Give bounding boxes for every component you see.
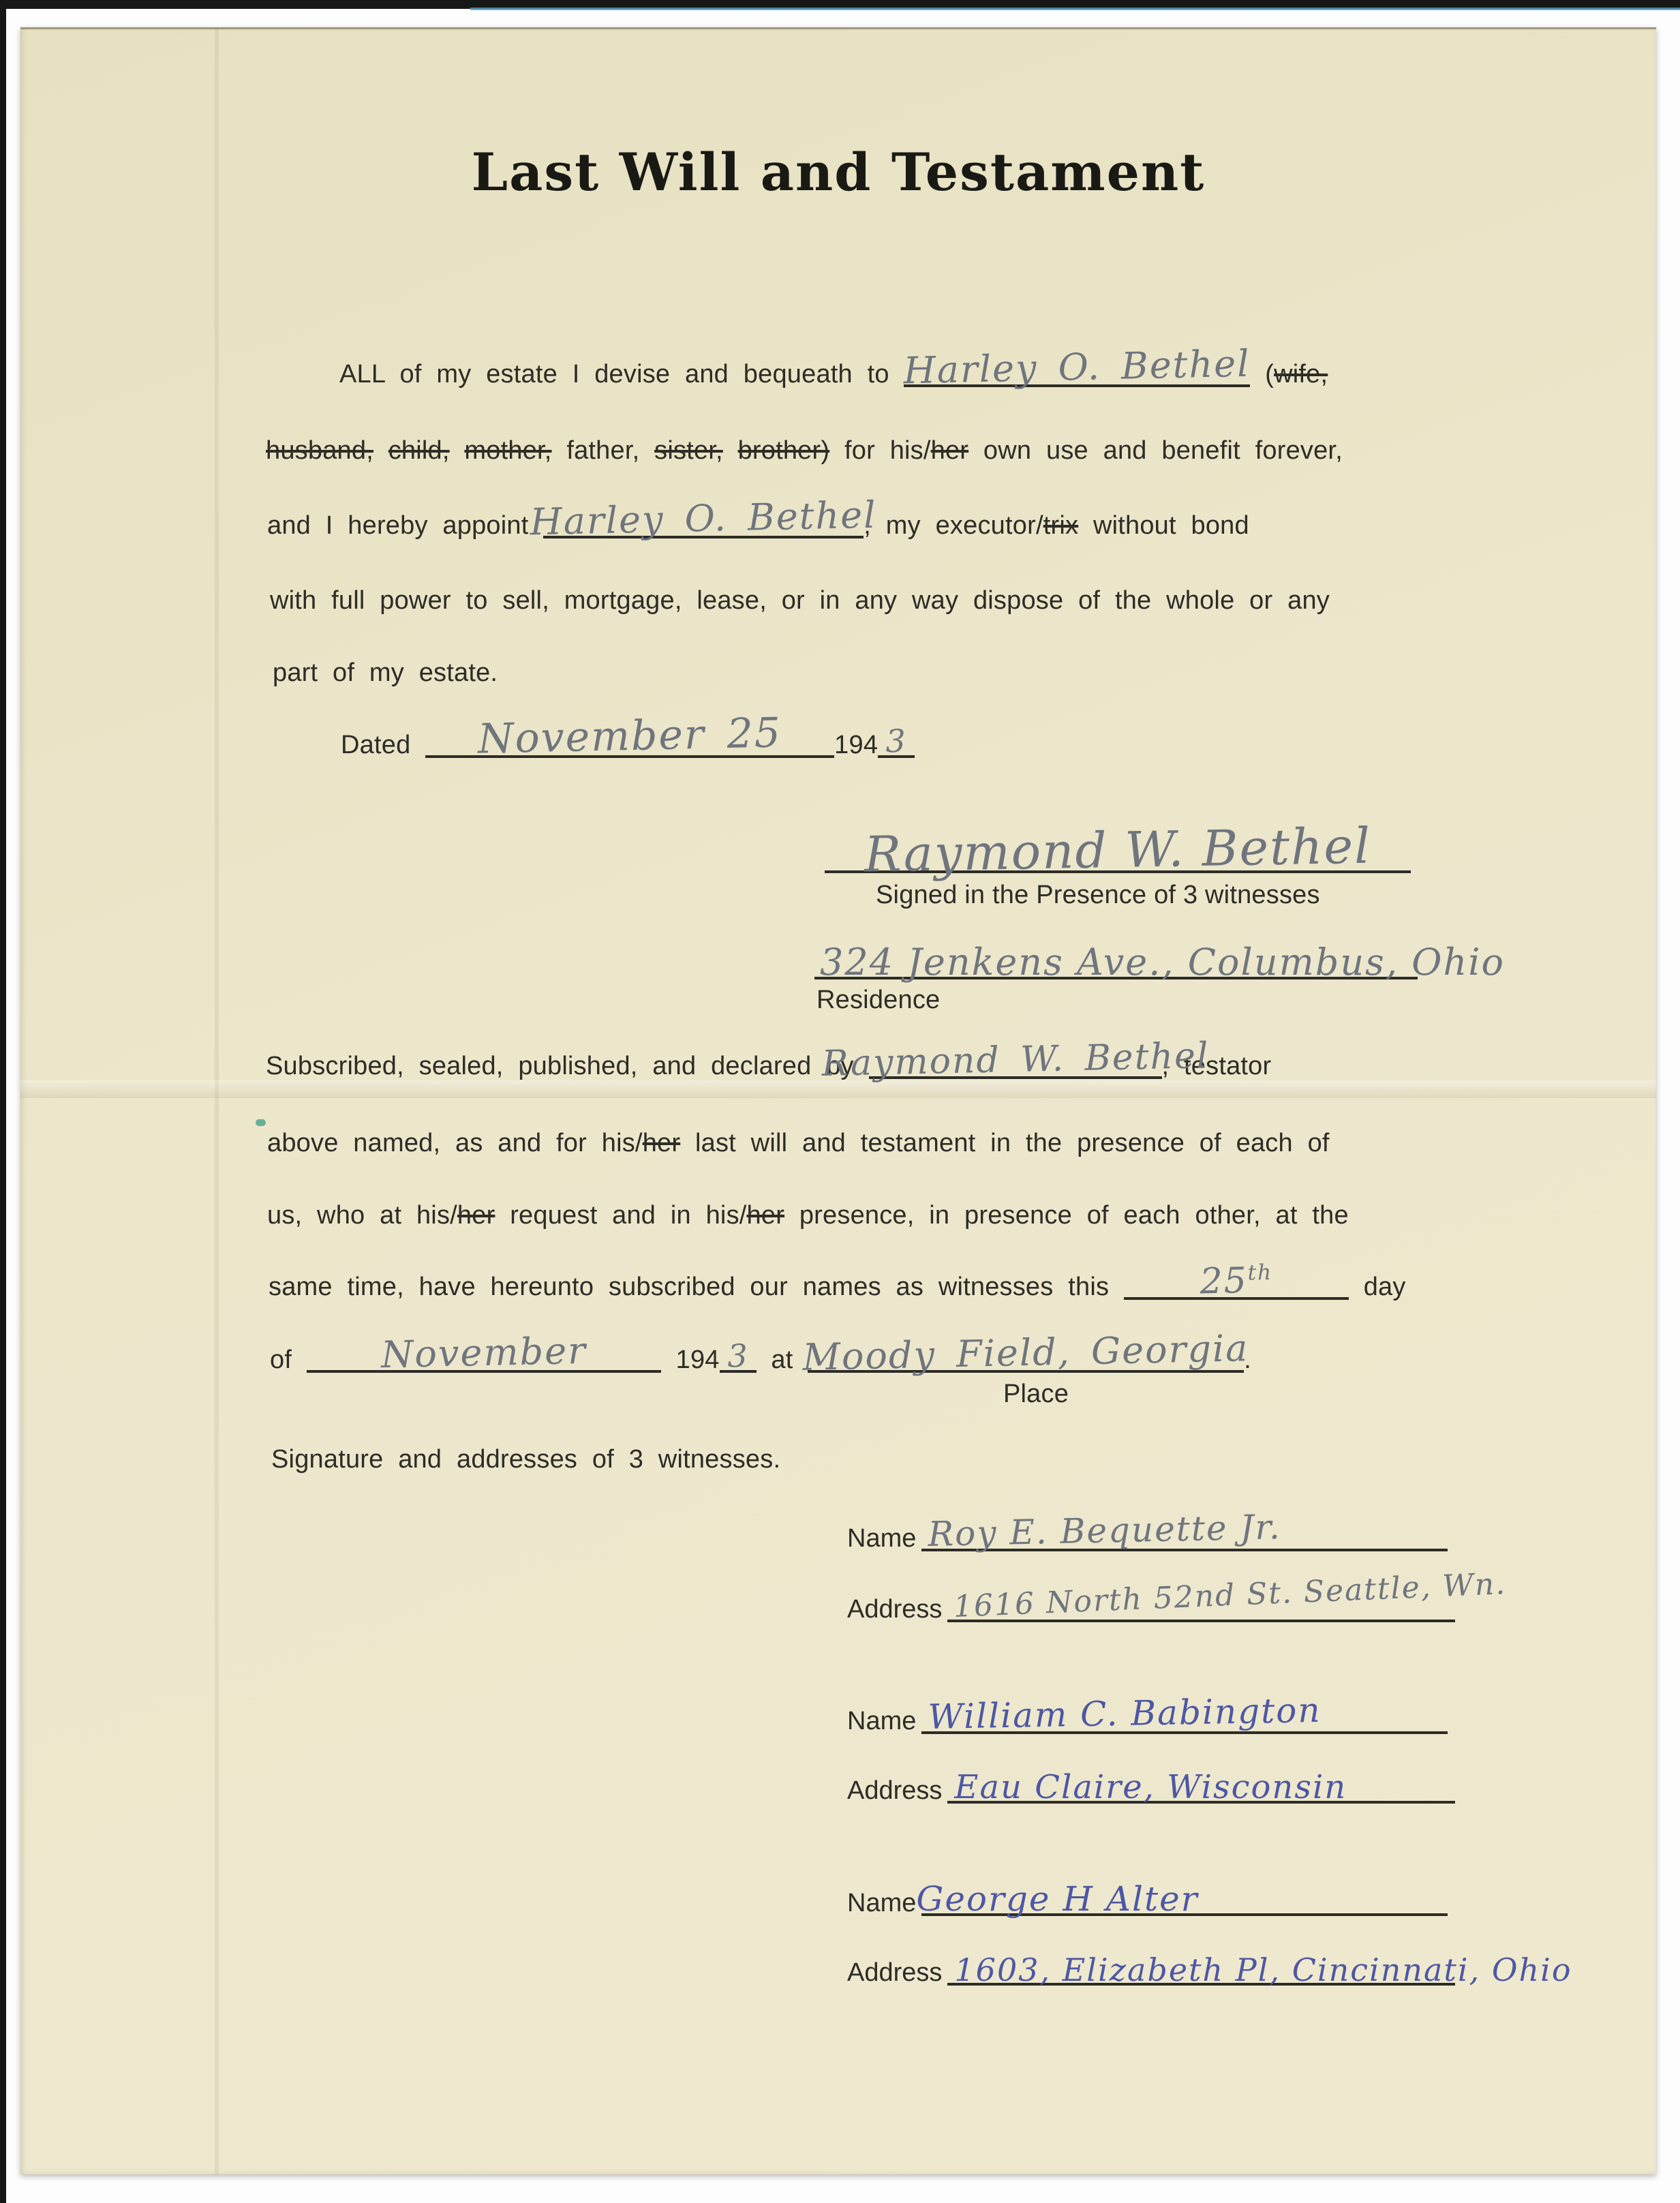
printed-text: ( [1265,360,1274,389]
printed-text: presence, in presence of each other, at … [799,1201,1349,1230]
residence-handwritten: 324 Jenkens Ave., Columbus, Ohio [820,944,1505,981]
witness-3-address-row: Address1603, Elizabeth Pl, Cincinnati, O… [847,1958,1455,1988]
body-line-5: part of my estate. [273,658,498,688]
strikethrough-her: her [643,1129,681,1157]
printed-text: at [771,1346,793,1374]
printed-text: request and in his/ [510,1201,746,1230]
name-label: Name [847,1889,916,1917]
printed-text: with full power to sell, mortgage, lease… [270,586,1330,615]
witness-1-name-row: NameRoy E. Bequette Jr. [847,1524,1448,1553]
printed-text: part of my estate. [273,658,498,687]
printed-text: of [270,1346,292,1374]
scan-edge-left [0,0,6,2203]
strikethrough-wife: wife, [1274,360,1328,389]
place-label: Place [811,1380,1261,1409]
body-line-2: husband, child, mother, father, sister, … [266,436,1343,466]
attestation-line-5: of November 1943 at Moody Field, Georgia… [270,1346,1251,1375]
witness-name-handwritten: William C. Babington [928,1693,1322,1734]
year-digit-blank: 3 [720,1363,757,1373]
witness-address-blank: 1603, Elizabeth Pl, Cincinnati, Ohio [947,1976,1455,1986]
witness-name-handwritten: George H Alter [916,1882,1198,1916]
strikethrough-trix: trix [1043,511,1078,540]
place-blank: Moody Field, Georgia [808,1363,1244,1373]
strikethrough-her: her [457,1201,495,1230]
witness-address-blank: Eau Claire, Wisconsin [947,1794,1455,1804]
witness-address-handwritten: 1603, Elizabeth Pl, Cincinnati, Ohio [954,1954,1572,1986]
witness-name-blank: William C. Babington [921,1725,1448,1734]
name-label: Name [847,1707,916,1735]
printed-text: and I hereby appoint [267,511,529,540]
strikethrough-husband: husband, [266,436,373,465]
strikethrough-mother: mother, [464,436,551,465]
will-document-paper: Last Will and Testament ALL of my estate… [20,27,1656,2174]
testator-signature-line: Raymond W. Bethel [825,791,1411,873]
attestation-line-2: above named, as and for his/her last wil… [267,1129,1330,1158]
body-line-1: ALL of my estate I devise and bequeath t… [339,360,1328,389]
attestation-line-3: us, who at his/her request and in his/he… [267,1201,1349,1230]
printed-text: ALL of my estate I devise and bequeath t… [339,360,889,389]
date-handwritten: November 25 [478,712,782,759]
printed-text: own use and benefit forever, [983,436,1343,465]
day-suffix: th [1247,1260,1272,1286]
witness-name-blank: Roy E. Bequette Jr. [921,1542,1448,1551]
testator-name-blank: Raymond W. Bethel [869,1069,1162,1079]
name-label: Name [847,1524,916,1553]
year-digit-handwritten: 3 [885,725,907,757]
printed-text: without bond [1093,511,1249,540]
strikethrough-her: her [747,1201,785,1230]
strikethrough-sister: sister, [654,436,723,465]
body-line-3: and I hereby appoint Harley O. Bethel, m… [267,511,1249,541]
body-line-4: with full power to sell, mortgage, lease… [270,586,1330,616]
testator-name-handwritten: Raymond W. Bethel [821,1038,1210,1082]
address-label: Address [847,1595,942,1624]
beneficiary-blank: Harley O. Bethel [904,378,1250,387]
address-label: Address [847,1958,942,1987]
scanned-will-page: Last Will and Testament ALL of my estate… [0,0,1680,2203]
witness-address-handwritten: Eau Claire, Wisconsin [954,1771,1347,1804]
dated-label: Dated [341,731,410,759]
witness-name-handwritten: Roy E. Bequette Jr. [928,1510,1281,1551]
scan-edge-blue-line [470,7,1680,10]
witness-3-name-row: NameGeorge H Alter [847,1889,1448,1918]
printed-text: day [1364,1273,1406,1301]
executor-blank: Harley O. Bethel [543,529,864,538]
printed-text: father, [566,436,639,465]
printed-text: above named, as and for his/ [267,1129,643,1157]
day-blank: 25th [1124,1290,1349,1300]
dated-line: Dated November 251943 [341,731,915,760]
year-digit-handwritten: 3 [727,1340,749,1372]
printed-year: 194 [834,731,878,759]
day-handwritten: 25th [1200,1262,1273,1300]
residence-label: Residence [816,986,940,1015]
strikethrough-her: her [931,436,969,465]
executor-name-handwritten: Harley O. Bethel [530,497,877,541]
witness-name-blank: George H Alter [921,1906,1448,1916]
place-handwritten: Moody Field, Georgia [802,1330,1249,1376]
attestation-line-1: Subscribed, sealed, published, and decla… [266,1052,1271,1081]
beneficiary-name-handwritten: Harley O. Bethel [904,346,1251,390]
printed-text: Signature and addresses of 3 witnesses. [271,1445,780,1474]
printed-text: last will and testament in the presence … [695,1129,1330,1157]
witness-2-name-row: NameWilliam C. Babington [847,1707,1448,1736]
attestation-line-4: same time, have hereunto subscribed our … [269,1273,1406,1302]
witness-address-handwritten: 1616 North 52nd St. Seattle, Wn. [953,1569,1508,1622]
printed-text: for his/ [844,436,931,465]
month-blank: November [307,1363,661,1373]
day-number: 25 [1200,1260,1248,1302]
printed-text: us, who at his/ [267,1201,457,1230]
strikethrough-brother: brother) [738,436,830,465]
signed-presence-label: Signed in the Presence of 3 witnesses [876,881,1320,910]
date-blank: November 25 [425,748,834,758]
witness-section-header: Signature and addresses of 3 witnesses. [271,1445,780,1474]
witness-2-address-row: AddressEau Claire, Wisconsin [847,1776,1455,1806]
paper-vertical-crease [215,27,219,2174]
year-digit-blank: 3 [878,748,915,758]
month-handwritten: November [380,1333,587,1373]
residence-line: 324 Jenkens Ave., Columbus, Ohio [814,913,1418,979]
printed-text: same time, have hereunto subscribed our … [269,1273,1109,1301]
scan-artifact-speck [256,1119,266,1126]
witness-address-blank: 1616 North 52nd St. Seattle, Wn. [947,1613,1455,1622]
printed-text: , my executor/ [864,511,1043,540]
printed-year: 194 [676,1346,720,1374]
witness-1-address-row: Address1616 North 52nd St. Seattle, Wn. [847,1595,1455,1624]
strikethrough-child: child, [388,436,450,465]
testator-signature-handwritten: Raymond W. Bethel [864,821,1371,879]
printed-text: Subscribed, sealed, published, and decla… [266,1052,854,1080]
address-label: Address [847,1776,942,1805]
document-title: Last Will and Testament [20,142,1656,202]
